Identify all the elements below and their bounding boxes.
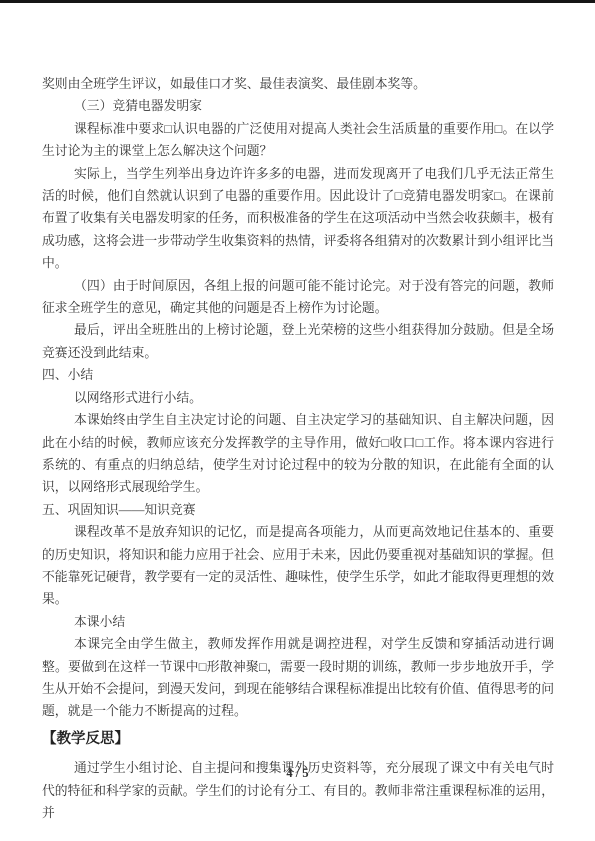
body-paragraph: 实际上，当学生列举出身边许许多多的电器，进而发现离开了电我们几乎无法正常生活的时… <box>42 163 554 275</box>
page-top-border <box>0 0 595 3</box>
teaching-reflection-heading: 【教学反思】 <box>42 728 554 750</box>
section-heading-quiz: 五、巩固知识——知识竞赛 <box>42 499 554 521</box>
body-paragraph: 课程改革不是放弃知识的记忆，而是提高各项能力，从而更高效地记住基本的、重要的历史… <box>42 521 554 611</box>
paragraph-continuation: 奖则由全班学生评议，如最佳口才奖、最佳表演奖、最佳剧本奖等。 <box>42 73 554 95</box>
document-content: 奖则由全班学生评议，如最佳口才奖、最佳表演奖、最佳剧本奖等。 （三）竞猜电器发明… <box>42 73 554 824</box>
lesson-summary-label: 本课小结 <box>42 611 554 633</box>
body-paragraph: 以网络形式进行小结。 <box>42 387 554 409</box>
body-paragraph: 课程标准中要求□认识电器的广泛使用对提高人类社会生活质量的重要作用□。在以学生讨… <box>42 118 554 163</box>
section-heading-summary: 四、小结 <box>42 364 554 386</box>
subsection-paragraph-4: （四）由于时间原因，各组上报的问题可能不能讨论完。对于没有答完的问题，教师征求全… <box>42 275 554 320</box>
body-paragraph: 最后，评出全班胜出的上榜讨论题，登上光荣榜的这些小组获得加分鼓励。但是全场竞赛还… <box>42 319 554 364</box>
body-paragraph: 本课完全由学生做主，教师发挥作用就是调控进程，对学生反馈和穿插活动进行调整。要做… <box>42 633 554 723</box>
subsection-heading-3: （三）竞猜电器发明家 <box>42 95 554 117</box>
body-paragraph: 本课始终由学生自主决定讨论的问题、自主决定学习的基础知识、自主解决问题，因此在小… <box>42 409 554 499</box>
page-number: 4 / 5 <box>0 766 595 781</box>
document-page: 奖则由全班学生评议，如最佳口才奖、最佳表演奖、最佳剧本奖等。 （三）竞猜电器发明… <box>0 0 595 841</box>
